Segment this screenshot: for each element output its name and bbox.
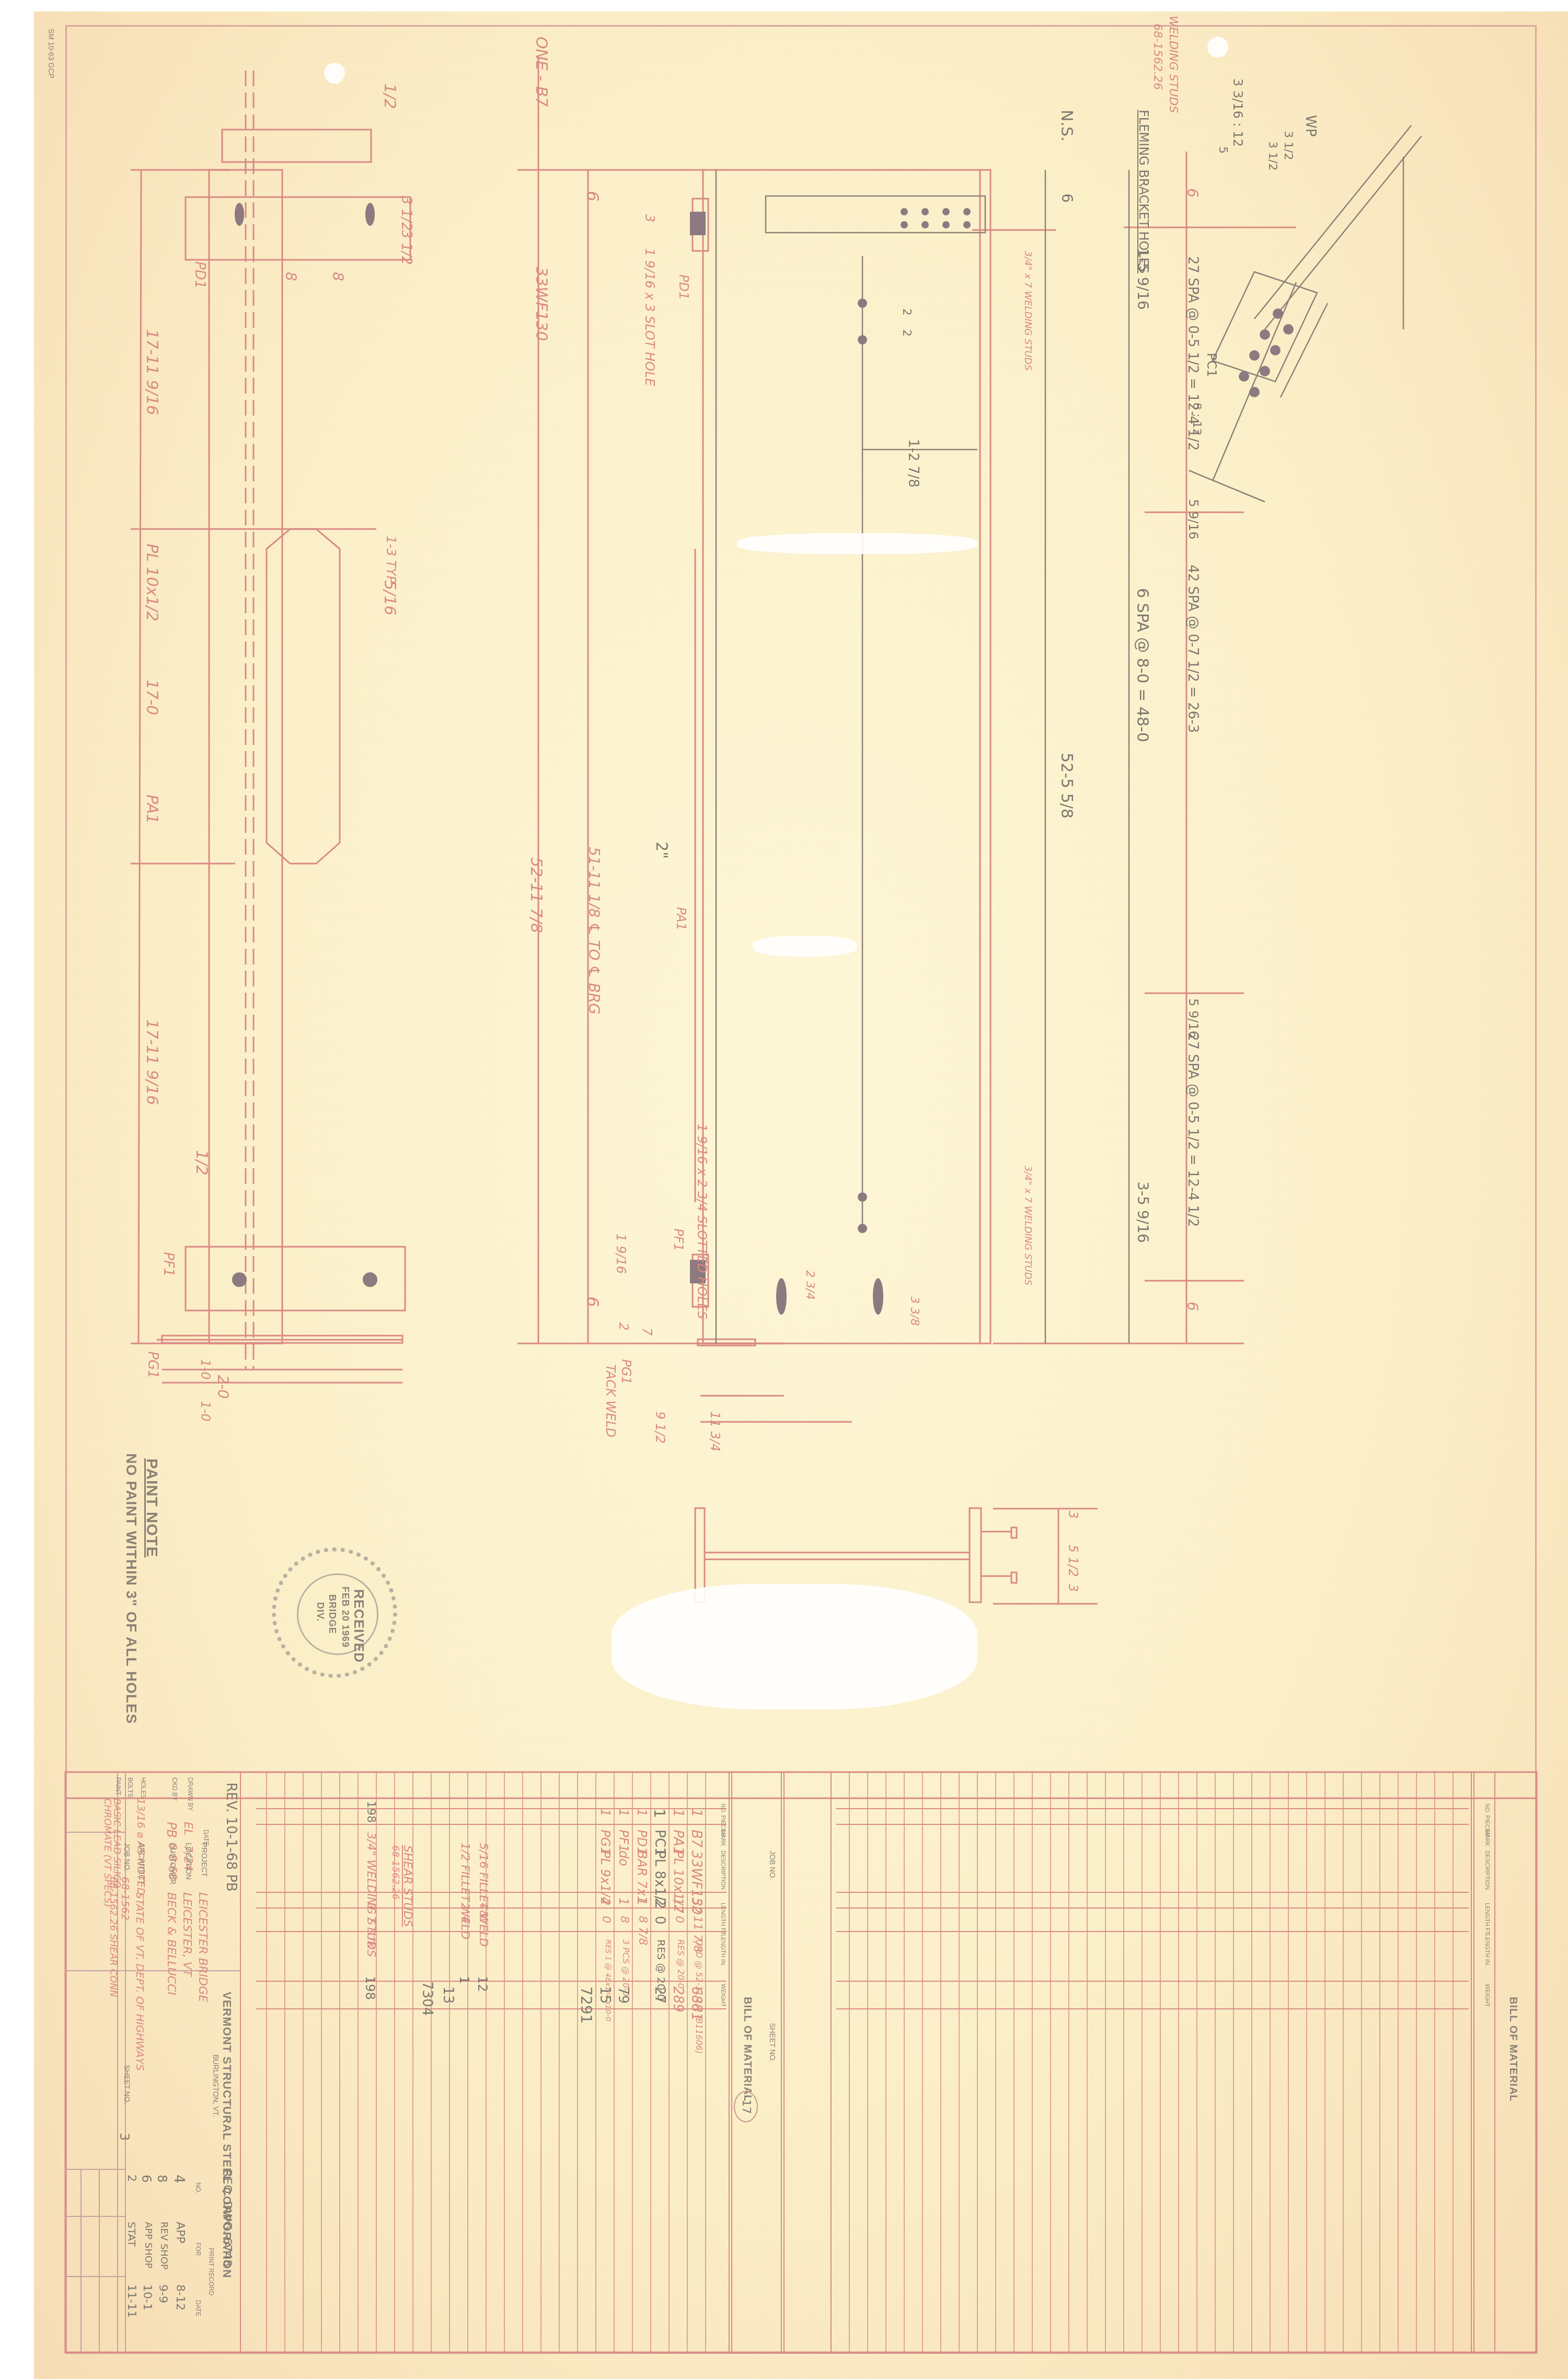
- bom1-row-6-desc: PL 9x1/4: [599, 1851, 612, 1905]
- bom1-row-1-ft: 52: [690, 1898, 703, 1914]
- reference-dwg: REQ. DWG. 6748: [221, 2169, 233, 2267]
- bom1-row-2-note: RES @ 20-0: [676, 1939, 685, 1989]
- bom1-weld-2-ft: 2: [459, 1903, 470, 1910]
- bom1-sheet-circle: 17: [734, 2091, 758, 2122]
- print-row-1-no: 4: [172, 2175, 186, 2183]
- bom1-row-3-ft: 2: [653, 1898, 666, 1906]
- print-row-3-no: 6: [140, 2175, 153, 2182]
- bom1-row-5-weight: 79: [616, 1986, 630, 2004]
- print-row-3-for: APP SHOP: [143, 2222, 153, 2269]
- bom1-row-3-pieces: 1: [652, 1809, 666, 1818]
- bom1-row-1-weight: 6881: [689, 1986, 703, 2021]
- bom1-studs-header: SHEAR STUDS: [401, 1845, 413, 1927]
- bom1-weld-2-weight: 1: [458, 1976, 470, 1984]
- bom1-row-1-pieces: 1: [689, 1809, 703, 1818]
- drawn-by-label: DRAWN BY: [187, 1777, 193, 1811]
- bom1-col-in: LENGTH IN.: [720, 1934, 725, 1967]
- bom1-studs-qty: 198: [364, 1976, 376, 2000]
- bom1-total: 7304: [420, 1981, 434, 2016]
- print-row-4-date: 11-11: [125, 2284, 137, 2318]
- bom1-weld-subtotal: 13: [441, 1986, 455, 2004]
- bolts-label: BOLTS: [127, 1777, 133, 1797]
- bom1-row-2-pieces: 1: [671, 1809, 685, 1818]
- bom1-row-5-mark: PF1: [617, 1830, 630, 1853]
- bom2-col-mark: MARK: [1484, 1830, 1490, 1846]
- print-record-col-no: NO.: [195, 2182, 201, 2193]
- bom1-row-6-note: RES 1 @ 48x1/4 x10-0: [604, 1939, 612, 2021]
- bom2-col-ft: LENGTH FT.: [1484, 1903, 1490, 1936]
- location-label: LOCATION: [185, 1843, 192, 1880]
- company-city: BURLINGTON, VT.: [212, 2054, 220, 2117]
- bom1-row-6-weight: 15: [598, 1986, 612, 2004]
- bom1-row-2-ft: 17: [672, 1898, 685, 1914]
- bom1-col-description: DESCRIPTION: [720, 1851, 725, 1890]
- bom1-row-5-in: 8: [618, 1916, 630, 1923]
- bom1-col-mark: MARK: [720, 1830, 725, 1846]
- bom2-col-weight: WEIGHT: [1484, 1984, 1490, 2007]
- architect-label: ARCHITECT: [138, 1843, 145, 1884]
- bom1-sheet-no-label: SHEET NO.: [769, 2023, 776, 2062]
- bom1-row-5-desc: do: [617, 1851, 630, 1866]
- print-row-3-date: 10-1: [141, 2284, 153, 2311]
- bom1-weld-1-desc: 5/16 FILLET WELD: [477, 1843, 489, 1947]
- bom1-weld-1-weight: 12: [476, 1976, 489, 1992]
- checked-by-label: CKD BY: [171, 1777, 178, 1801]
- bom1-row-4-ft: 1: [636, 1898, 648, 1905]
- bom1-row-6-pieces: 1: [599, 1809, 612, 1817]
- job-no-value: 68-1562: [120, 1877, 131, 1921]
- bom1-row-4-desc: BAR 7x1: [636, 1851, 648, 1904]
- job-sub-value: 68-1562.26 SHEAR CONN: [108, 1877, 118, 1997]
- print-row-2-date: 9-9: [157, 2284, 168, 2303]
- holes-label: HOLES: [140, 1777, 146, 1799]
- sheet-no-value: 3: [118, 2133, 131, 2141]
- bom1-row-5-ft: 1: [617, 1898, 630, 1905]
- paint-label: PAINT: [115, 1777, 121, 1795]
- print-row-4-for: STAT: [126, 2222, 137, 2247]
- bom1-row-6-in: 0: [600, 1916, 612, 1923]
- bom2-col-description: DESCRIPTION: [1484, 1851, 1490, 1890]
- bom1-studs-note: STK: [366, 1929, 376, 1949]
- customer-label: CUSTOMER: [169, 1843, 177, 1884]
- print-row-1-for: APP: [174, 2222, 186, 2244]
- print-row-1-date: 8-12: [174, 2284, 186, 2311]
- customer-value: BECK & BELLUCCI: [165, 1892, 177, 1995]
- drawn-by: EL: [182, 1822, 193, 1835]
- bom2-col-in: LENGTH IN.: [1484, 1934, 1490, 1967]
- print-row-2-for: REV SHOP: [159, 2222, 168, 2270]
- bom1-row-4-in: 8 7/8: [637, 1916, 648, 1945]
- job-no-label: JOB NO.: [123, 1843, 131, 1872]
- location-value: LEICESTER, VT: [181, 1892, 192, 1976]
- print-record-col-for: FOR: [195, 2243, 201, 2256]
- print-record-col-date: DATE: [195, 2300, 201, 2316]
- bom1-studs-ft: 0: [365, 1903, 376, 1910]
- bom1-row-6-ft: 2: [599, 1898, 612, 1905]
- bom1-weld-1-in: 0: [477, 1916, 489, 1923]
- print-row-4-no: 2: [125, 2175, 137, 2182]
- bom1-row-3-weight: 27: [653, 1986, 666, 2004]
- checked-by: PB: [165, 1822, 178, 1838]
- bom1-col-weight: WEIGHT: [720, 1984, 725, 2007]
- bom1-row-2-in: 0: [673, 1916, 685, 1923]
- bom1-title: BILL OF MATERIAL: [742, 1997, 753, 2102]
- bom1-col-ft: LENGTH FT.: [720, 1903, 725, 1936]
- bom2-title: BILL OF MATERIAL: [1508, 1997, 1518, 2102]
- bom1-weld-2-desc: 1/2 FILLET WELD: [459, 1843, 470, 1939]
- bom1-job-no-label: JOB NO.: [769, 1851, 776, 1880]
- bom1-studs-count: 198: [365, 1801, 376, 1823]
- bom1-row-4-pieces: 1: [636, 1809, 648, 1817]
- bom1-studs-in: 7: [365, 1916, 376, 1923]
- bom1-studs-job: 68-1562.26: [390, 1845, 400, 1900]
- bom1-weld-1-ft: 48: [477, 1903, 489, 1917]
- print-row-2-no: 8: [156, 2175, 168, 2182]
- sheet-no-label: SHEET NO.: [123, 2065, 131, 2104]
- bom1-subtotal: 7291: [579, 1986, 593, 2024]
- print-record-header: PRINT RECORD: [208, 2248, 214, 2295]
- bom-grid: [0, 0, 1568, 2379]
- project-label: PROJECT: [201, 1843, 208, 1877]
- architect-value: STATE OF VT. DEPT. OF HIGHWAYS: [135, 1892, 145, 2071]
- bom1-row-2-weight: 289: [671, 1986, 685, 2013]
- project-value: LEICESTER BRIDGE: [197, 1892, 208, 2002]
- bom1-weld-2-in: 4: [459, 1916, 470, 1923]
- bom1-row-5-pieces: 1: [617, 1809, 630, 1817]
- revision-note: REV. 10-1-68 PB: [224, 1783, 238, 1892]
- bom1-row-1-mark: B7: [689, 1830, 703, 1847]
- bom1-row-3-in: 0: [653, 1916, 666, 1925]
